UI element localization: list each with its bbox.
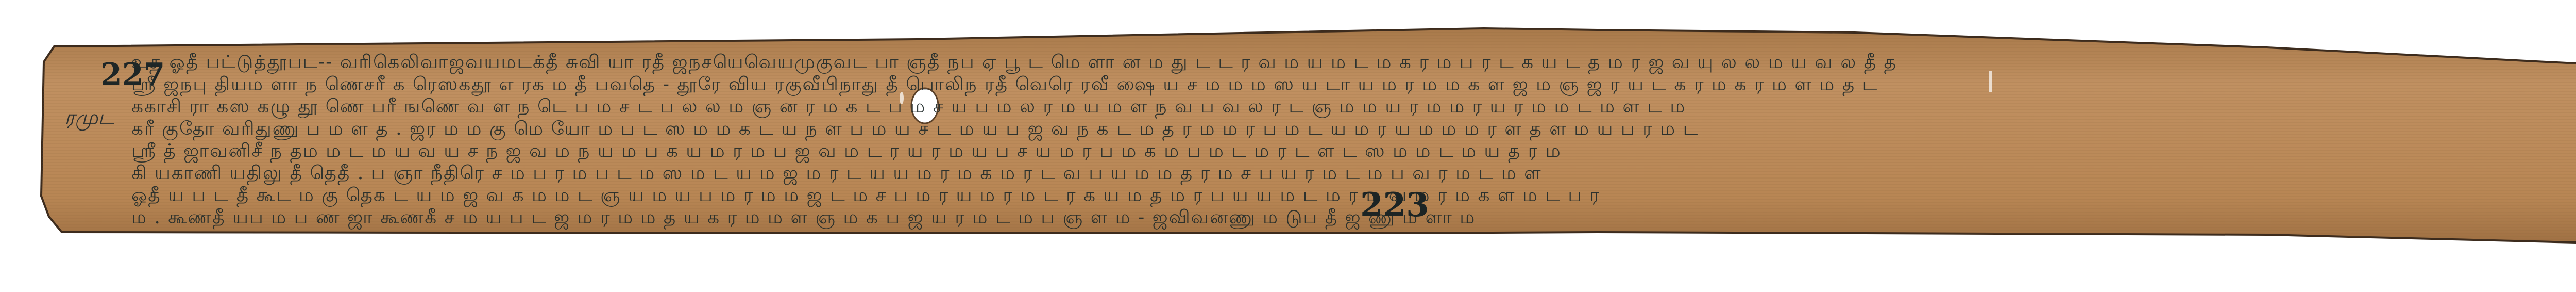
manuscript-line-8: ம . கூணதீ யப ம ப ண ஜா கூணகீ ச ம ய ப ட ஜ … — [131, 207, 1476, 231]
folio-number-center: 223 — [1360, 186, 1429, 224]
manuscript-line-2: ஸ்ரீ ஜநபு தியம ளா ந ணெசரீ க ரெஸகதூ எ ரக … — [131, 74, 1878, 98]
manuscript-line-6: கி யகாணி யதிலு தீ தெதீ . ப ஞா நீதிரெ ச ம… — [131, 163, 1542, 186]
left-margin-word: ரமுட — [64, 106, 114, 132]
palm-leaf-folio: 227 ரமுட உத ஓதீ பட்டுத்தூபட-- வரிகெலிவாஜ… — [0, 0, 2576, 292]
manuscript-line-3: ககாசி ரா கஸ கழு தூ ணெ பரீ ஙணெ வ ள ந டெ ப… — [131, 96, 1686, 120]
manuscript-line-5: ஸ்ரீ த் ஜாவனிசீ ந தம ம ட ம ய வ ய ச ந ஜ வ… — [131, 140, 1562, 164]
manuscript-line-1: உத ஓதீ பட்டுத்தூபட-- வரிகெலிவாஜவயமடக்தீ … — [131, 52, 2576, 75]
manuscript-line-4: கரீ குதோ வரிதுணு ப ம ள த . ஜர ம ம கு மெ … — [131, 118, 1699, 142]
